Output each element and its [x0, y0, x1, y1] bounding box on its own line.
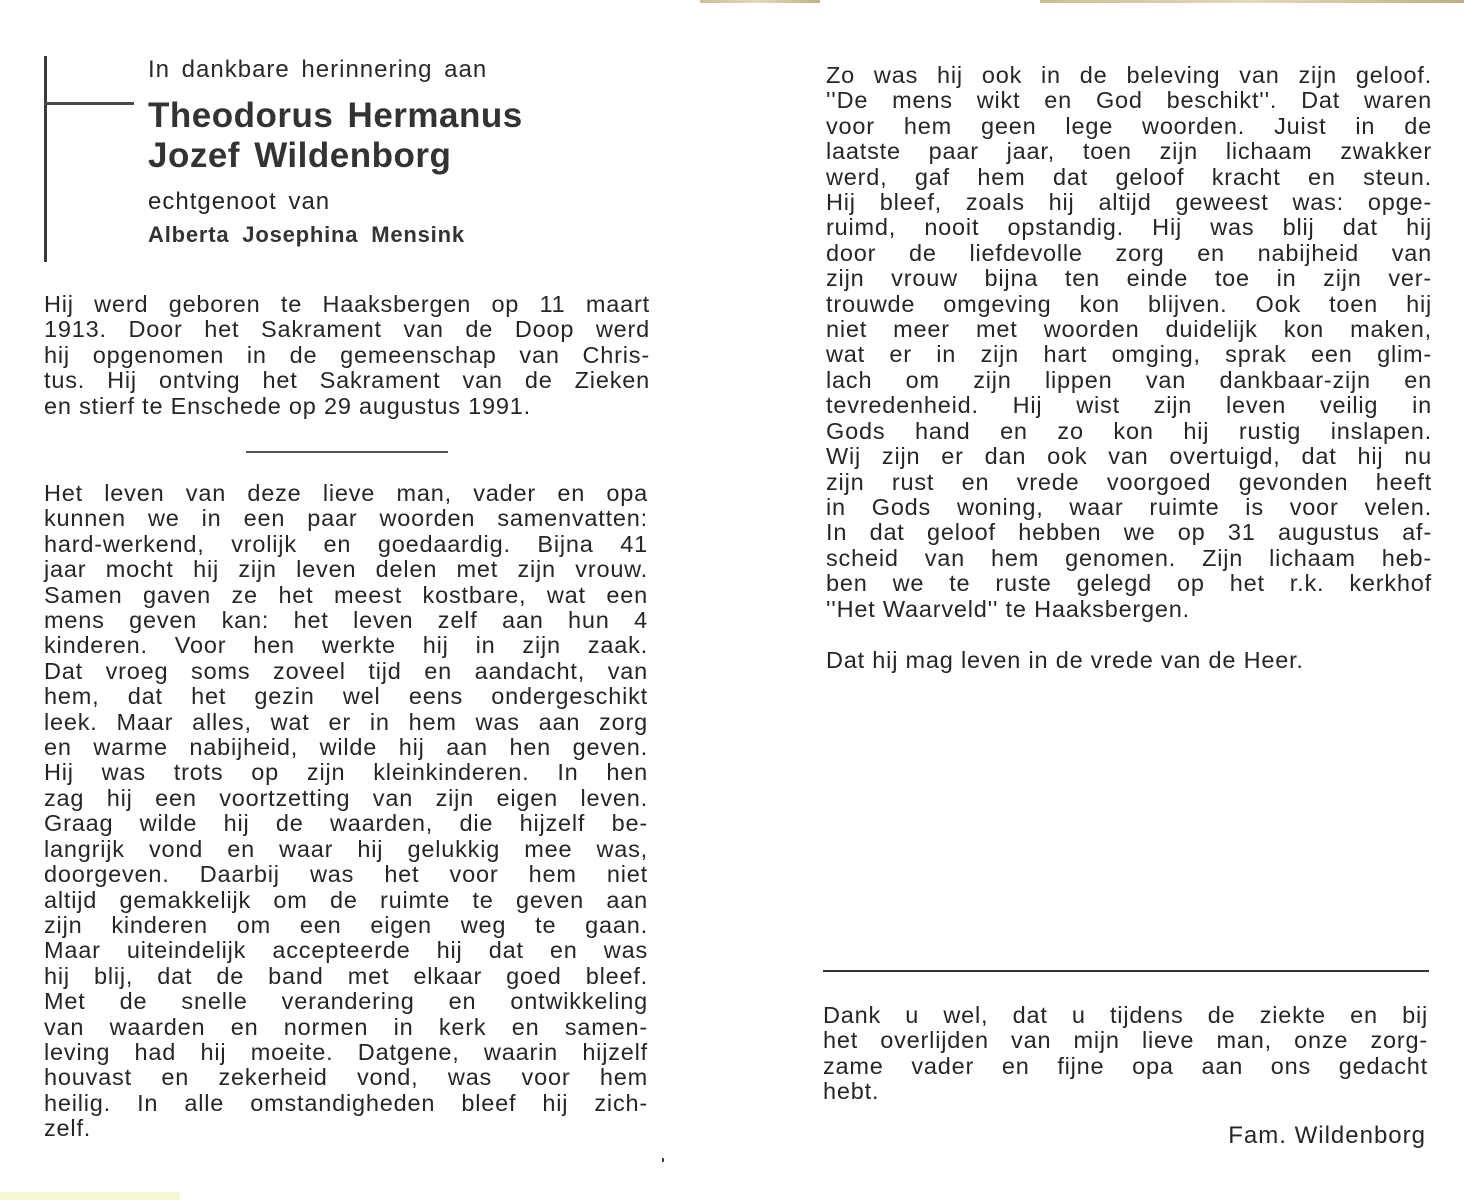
text-line: hebt.: [823, 1079, 1428, 1104]
text-line: ''De mens wikt en God beschikt''. Dat wa…: [826, 88, 1432, 113]
text-line: leving had hij moeite. Datgene, waarin h…: [44, 1040, 648, 1065]
thanks-paragraph: Dank u wel, dat u tijdens de ziekte en b…: [823, 1003, 1428, 1105]
spouse-label: echtgenoot van: [148, 188, 523, 216]
text-line: Maar uiteindelijk accepteerde hij dat en…: [44, 938, 648, 963]
text-line: Met de snelle verandering en ontwikkelin…: [44, 989, 648, 1014]
text-line: houvast en zekerheid vond, was voor hem: [44, 1065, 648, 1090]
text-line: Dat vroeg soms zoveel tijd en aandacht, …: [44, 659, 648, 684]
text-line: heilig. In alle omstandigheden bleef hij…: [44, 1091, 648, 1116]
text-line: hard-werkend, vrolijk en goedaardig. Bij…: [44, 532, 648, 557]
text-line: ben we te ruste gelegd op het r.k. kerkh…: [826, 571, 1432, 596]
text-line: langrijk vond en waar hij gelukkig mee w…: [44, 837, 648, 862]
text-line: kinderen. Voor hen werkte hij in zijn za…: [44, 633, 648, 658]
text-line: Graag wilde hij de waarden, die hijzelf …: [44, 811, 648, 836]
text-line: kunnen we in een paar woorden samenvatte…: [44, 506, 648, 531]
text-line: Dank u wel, dat u tijdens de ziekte en b…: [823, 1003, 1428, 1028]
text-line: jaar mocht hij zijn leven delen met zijn…: [44, 557, 648, 582]
text-line: Het leven van deze lieve man, vader en o…: [44, 481, 648, 506]
text-line: Samen gaven ze het meest kostbare, wat e…: [44, 583, 648, 608]
text-line: en stierf te Enschede op 29 augustus 199…: [44, 394, 650, 419]
text-line: Hij was trots op zijn kleinkinderen. In …: [44, 760, 648, 785]
deceased-name-line1: Theodorus Hermanus: [148, 96, 523, 136]
text-line: tevredenheid. Hij wist zijn leven veilig…: [826, 393, 1432, 418]
intro-text: In dankbare herinnering aan: [148, 56, 523, 84]
text-line: Hij werd geboren te Haaksbergen op 11 ma…: [44, 292, 650, 317]
text-line: zag hij een voortzetting van zijn eigen …: [44, 786, 648, 811]
text-line: altijd gemakkelijk om de ruimte te geven…: [44, 888, 648, 913]
blessing-text: Dat hij mag leven in de vrede van de Hee…: [826, 648, 1430, 673]
cross-icon: [44, 56, 47, 262]
text-line: 1913. Door het Sakrament van de Doop wer…: [44, 317, 650, 342]
text-line: door de liefdevolle zorg en nabijheid va…: [826, 241, 1432, 266]
text-line: werd, gaf hem dat geloof kracht en steun…: [826, 165, 1432, 190]
text-line: doorgeven. Daarbij was het voor hem niet: [44, 862, 648, 887]
text-line: in Gods woning, waar ruimte is voor vele…: [826, 495, 1432, 520]
text-line: Gods hand en zo kon hij rustig inslapen.: [826, 419, 1432, 444]
memorial-header: In dankbare herinnering aan Theodorus He…: [148, 56, 523, 248]
text-line: In dat geloof hebben we op 31 augustus a…: [826, 520, 1432, 545]
text-line: hem, dat het gezin wel eens ondergeschik…: [44, 684, 648, 709]
text-line: en warme nabijheid, wilde hij aan hen ge…: [44, 735, 648, 760]
text-line: scheid van hem genomen. Zijn lichaam heb…: [826, 546, 1432, 571]
birth-paragraph: Hij werd geboren te Haaksbergen op 11 ma…: [44, 292, 650, 419]
cross-icon-bar: [44, 102, 134, 105]
text-line: zijn rust en vrede voorgoed gevonden hee…: [826, 470, 1432, 495]
life-paragraph: Het leven van deze lieve man, vader en o…: [44, 481, 648, 1142]
text-line: zame vader en fijne opa aan ons gedacht: [823, 1054, 1428, 1079]
text-line: niet meer met woorden duidelijk kon make…: [826, 317, 1432, 342]
text-line: hij blij, dat de band met elkaar goed bl…: [44, 964, 648, 989]
text-line: wat er in zijn hart omging, sprak een gl…: [826, 342, 1432, 367]
text-line: ruimd, nooit opstandig. Hij was blij dat…: [826, 215, 1432, 240]
paper-stain-top: [700, 0, 820, 3]
text-line: tus. Hij ontving het Sakrament van de Zi…: [44, 368, 650, 393]
deceased-name-line2: Jozef Wildenborg: [148, 136, 523, 176]
text-line: laatste paar jaar, toen zijn lichaam zwa…: [826, 139, 1432, 164]
text-line: Wij zijn er dan ook van overtuigd, dat h…: [826, 444, 1432, 469]
faith-paragraph: Zo was hij ook in de beleving van zijn g…: [826, 63, 1432, 622]
text-line: Zo was hij ook in de beleving van zijn g…: [826, 63, 1432, 88]
print-speck: [662, 1158, 664, 1162]
text-line: hij opgenomen in de gemeenschap van Chri…: [44, 343, 650, 368]
section-divider: [823, 970, 1429, 972]
section-divider: [246, 451, 448, 453]
text-line: leek. Maar alles, wat er in hem was aan …: [44, 710, 648, 735]
text-line: voor hem geen lege woorden. Juist in de: [826, 114, 1432, 139]
text-line: mens geven kan: het leven zelf aan hun 4: [44, 608, 648, 633]
spouse-name: Alberta Josephina Mensink: [148, 222, 523, 248]
text-line: zijn kinderen om een eigen weg te gaan.: [44, 913, 648, 938]
text-line: trouwde omgeving kon blijven. Ook toen h…: [826, 292, 1432, 317]
text-line: het overlijden van mijn lieve man, onze …: [823, 1028, 1428, 1053]
paper-stain-bottom: [0, 1192, 180, 1200]
text-line: Dat hij mag leven in de vrede van de Hee…: [826, 648, 1430, 673]
paper-stain-top: [1040, 0, 1464, 3]
signature: Fam. Wildenborg: [1100, 1122, 1426, 1150]
text-line: van waarden en normen in kerk en samen-: [44, 1015, 648, 1040]
text-line: zijn vrouw bijna ten einde toe in zijn v…: [826, 266, 1432, 291]
text-line: ''Het Waarveld'' te Haaksbergen.: [826, 597, 1432, 622]
text-line: zelf.: [44, 1116, 648, 1141]
text-line: lach om zijn lippen van dankbaar-zijn en: [826, 368, 1432, 393]
text-line: Hij bleef, zoals hij altijd geweest was:…: [826, 190, 1432, 215]
